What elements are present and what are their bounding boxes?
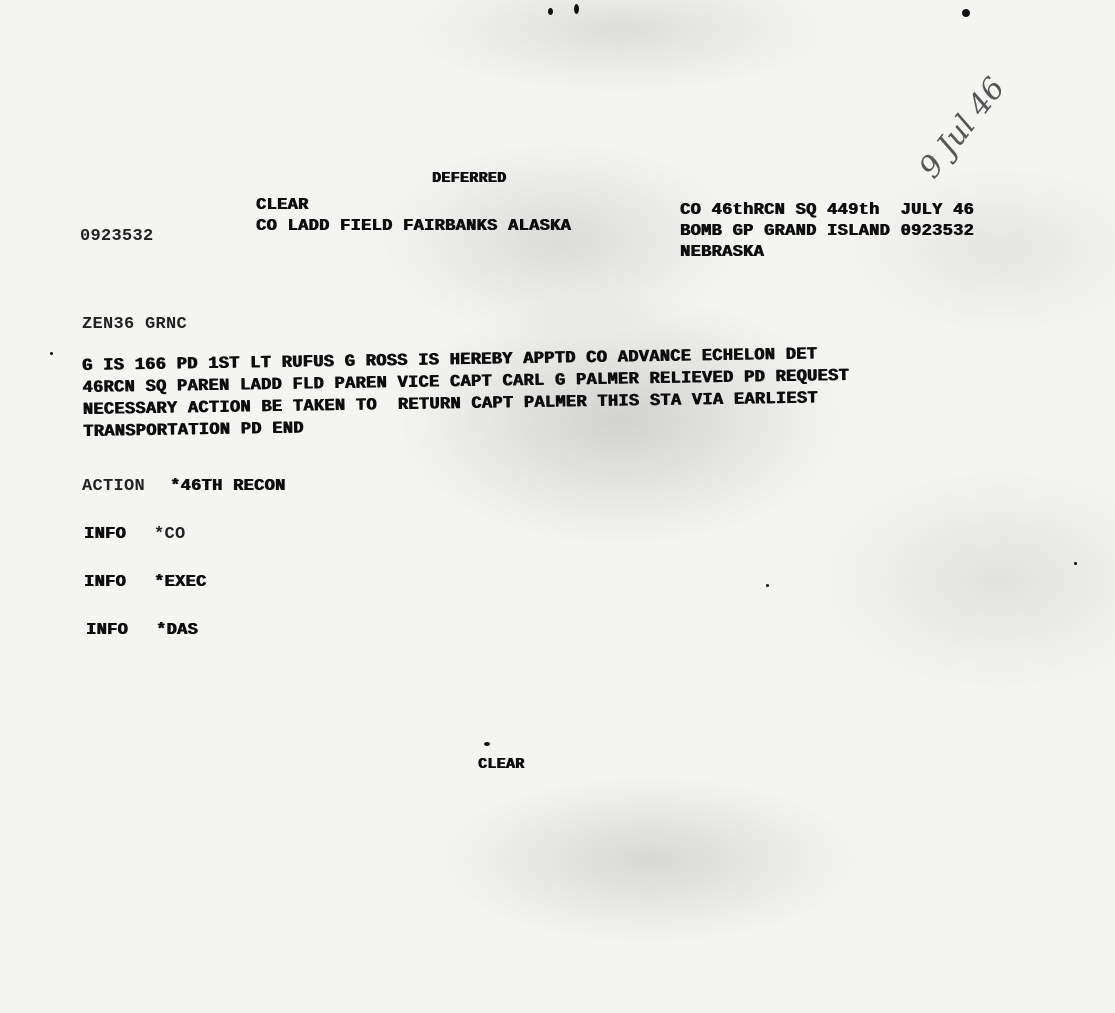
- from-line-2: BOMB GP GRAND ISLAND 0923532: [680, 221, 974, 242]
- handwritten-date: 9 Jul 46: [912, 71, 1012, 185]
- distribution-value: *DAS: [156, 620, 198, 641]
- to-line: CO LADD FIELD FAIRBANKS ALASKA: [256, 216, 571, 237]
- from-line-1: CO 46thRCN SQ 449th JULY 46: [680, 200, 974, 221]
- classification-label: CLEAR: [256, 195, 309, 216]
- footer-classification: CLEAR: [478, 754, 525, 775]
- message-number: 0923532: [80, 226, 154, 247]
- scan-speck: [484, 742, 490, 746]
- scan-speck: [548, 8, 553, 15]
- scan-speck: [50, 352, 53, 355]
- precedence-label: DEFERRED: [432, 168, 506, 189]
- distribution-label: INFO: [86, 620, 128, 641]
- scan-speck: [766, 584, 769, 587]
- distribution-value: *CO: [154, 524, 186, 545]
- from-block: CO 46thRCN SQ 449th JULY 46 BOMB GP GRAN…: [680, 200, 974, 263]
- distribution-value: *46TH RECON: [170, 476, 286, 497]
- scan-speck: [574, 4, 579, 14]
- from-line-3: NEBRASKA: [680, 242, 974, 263]
- distribution-value: *EXEC: [154, 572, 207, 593]
- scan-speck: [962, 9, 970, 17]
- distribution-label: ACTION: [82, 476, 145, 497]
- scan-speck: [1074, 562, 1077, 565]
- reference-line: ZEN36 GRNC: [82, 314, 187, 335]
- distribution-label: INFO: [84, 524, 126, 545]
- distribution-label: INFO: [84, 572, 126, 593]
- message-body: G IS 166 PD 1ST LT RUFUS G ROSS IS HEREB…: [82, 344, 850, 444]
